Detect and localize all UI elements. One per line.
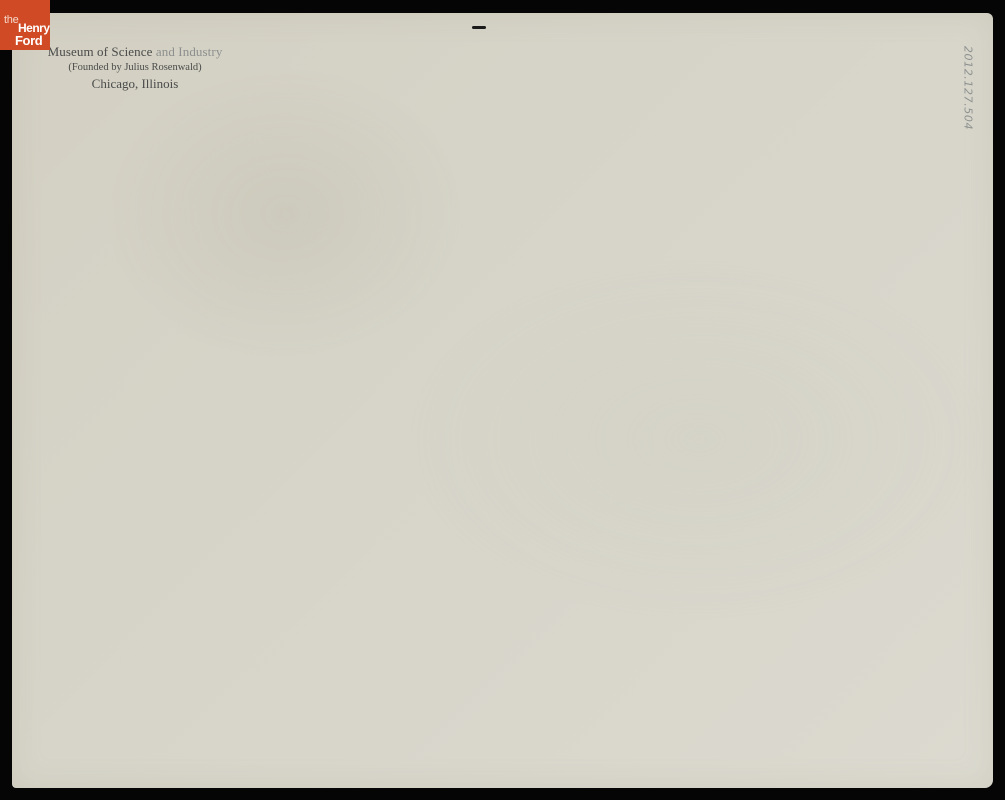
stamp-line-museum: Museum of Science and Industry: [30, 44, 240, 60]
logo-the: the: [4, 14, 18, 26]
photo-mount-back: [12, 13, 993, 788]
edge-mark: [472, 26, 486, 29]
stamp-museum-text: Museum of Science: [48, 44, 156, 59]
accession-number: 2012.127.504: [962, 46, 975, 130]
museum-stamp: Museum of Science and Industry (Founded …: [30, 44, 240, 92]
logo-ford: Ford: [15, 33, 42, 48]
stamp-faded-text: and Industry: [156, 44, 223, 59]
henry-ford-logo[interactable]: the Henry Ford: [0, 0, 50, 50]
viewer-stage: the Henry Ford Museum of Science and Ind…: [0, 0, 1005, 800]
stamp-line-founded: (Founded by Julius Rosenwald): [30, 60, 240, 75]
stamp-line-location: Chicago, Illinois: [30, 76, 240, 92]
